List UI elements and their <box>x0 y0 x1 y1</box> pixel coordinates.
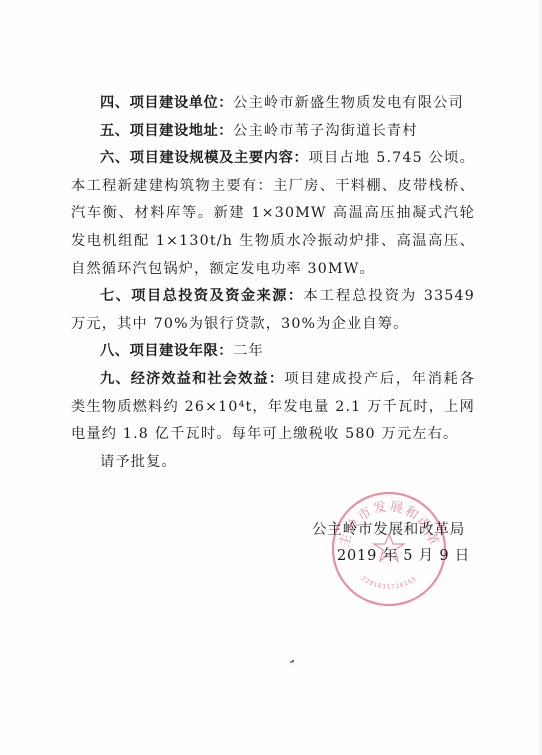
section-text: 公主岭市新盛生物质发电有限公司 <box>233 95 464 111</box>
issue-date: 2019 年 5 月 9 日 <box>337 544 470 565</box>
document-body: 四、项目建设单位：公主岭市新盛生物质发电有限公司 五、项目建设地址：公主岭市苇子… <box>71 90 475 476</box>
section-text: 公主岭市苇子沟街道长青村 <box>233 123 418 139</box>
scan-artifact <box>292 660 294 662</box>
paragraph-request-approval: 请予批复。 <box>71 449 475 477</box>
section-heading: 九、经济效益和社会效益： <box>100 371 284 387</box>
section-heading: 八、项目建设年限： <box>100 343 233 359</box>
section-heading: 六、项目建设规模及主要内容： <box>100 150 308 166</box>
section-text: 二年 <box>233 343 264 359</box>
paragraph-construction-period: 八、项目建设年限：二年 <box>71 338 475 366</box>
section-heading: 五、项目建设地址： <box>100 123 233 139</box>
paragraph-scale-and-content: 六、项目建设规模及主要内容：项目占地 5.745 公顷。本工程新建建构筑物主要有… <box>71 145 475 283</box>
section-text: 请予批复。 <box>100 454 177 470</box>
stamp-serial-number: 2201031710165 <box>360 575 419 591</box>
paragraph-construction-address: 五、项目建设地址：公主岭市苇子沟街道长青村 <box>71 118 475 146</box>
paragraph-investment: 七、项目总投资及资金来源：本工程总投资为 33549 万元，其中 70%为银行贷… <box>71 283 475 338</box>
issuing-organization: 公主岭市发展和改革局 <box>312 518 465 539</box>
document-page: 四、项目建设单位：公主岭市新盛生物质发电有限公司 五、项目建设地址：公主岭市苇子… <box>0 0 542 755</box>
page-edge-shadow <box>536 0 542 755</box>
paragraph-construction-unit: 四、项目建设单位：公主岭市新盛生物质发电有限公司 <box>71 90 475 118</box>
section-heading: 七、项目总投资及资金来源： <box>100 288 304 304</box>
section-text: 项目占地 5.745 公顷。本工程新建建构筑物主要有：主厂房、干料棚、皮带栈桥、… <box>71 150 475 276</box>
svg-text:2201031710165: 2201031710165 <box>360 575 419 591</box>
paragraph-benefits: 九、经济效益和社会效益：项目建成投产后，年消耗各类生物质燃料约 26×10⁴t，… <box>71 366 475 449</box>
section-heading: 四、项目建设单位： <box>100 95 233 111</box>
